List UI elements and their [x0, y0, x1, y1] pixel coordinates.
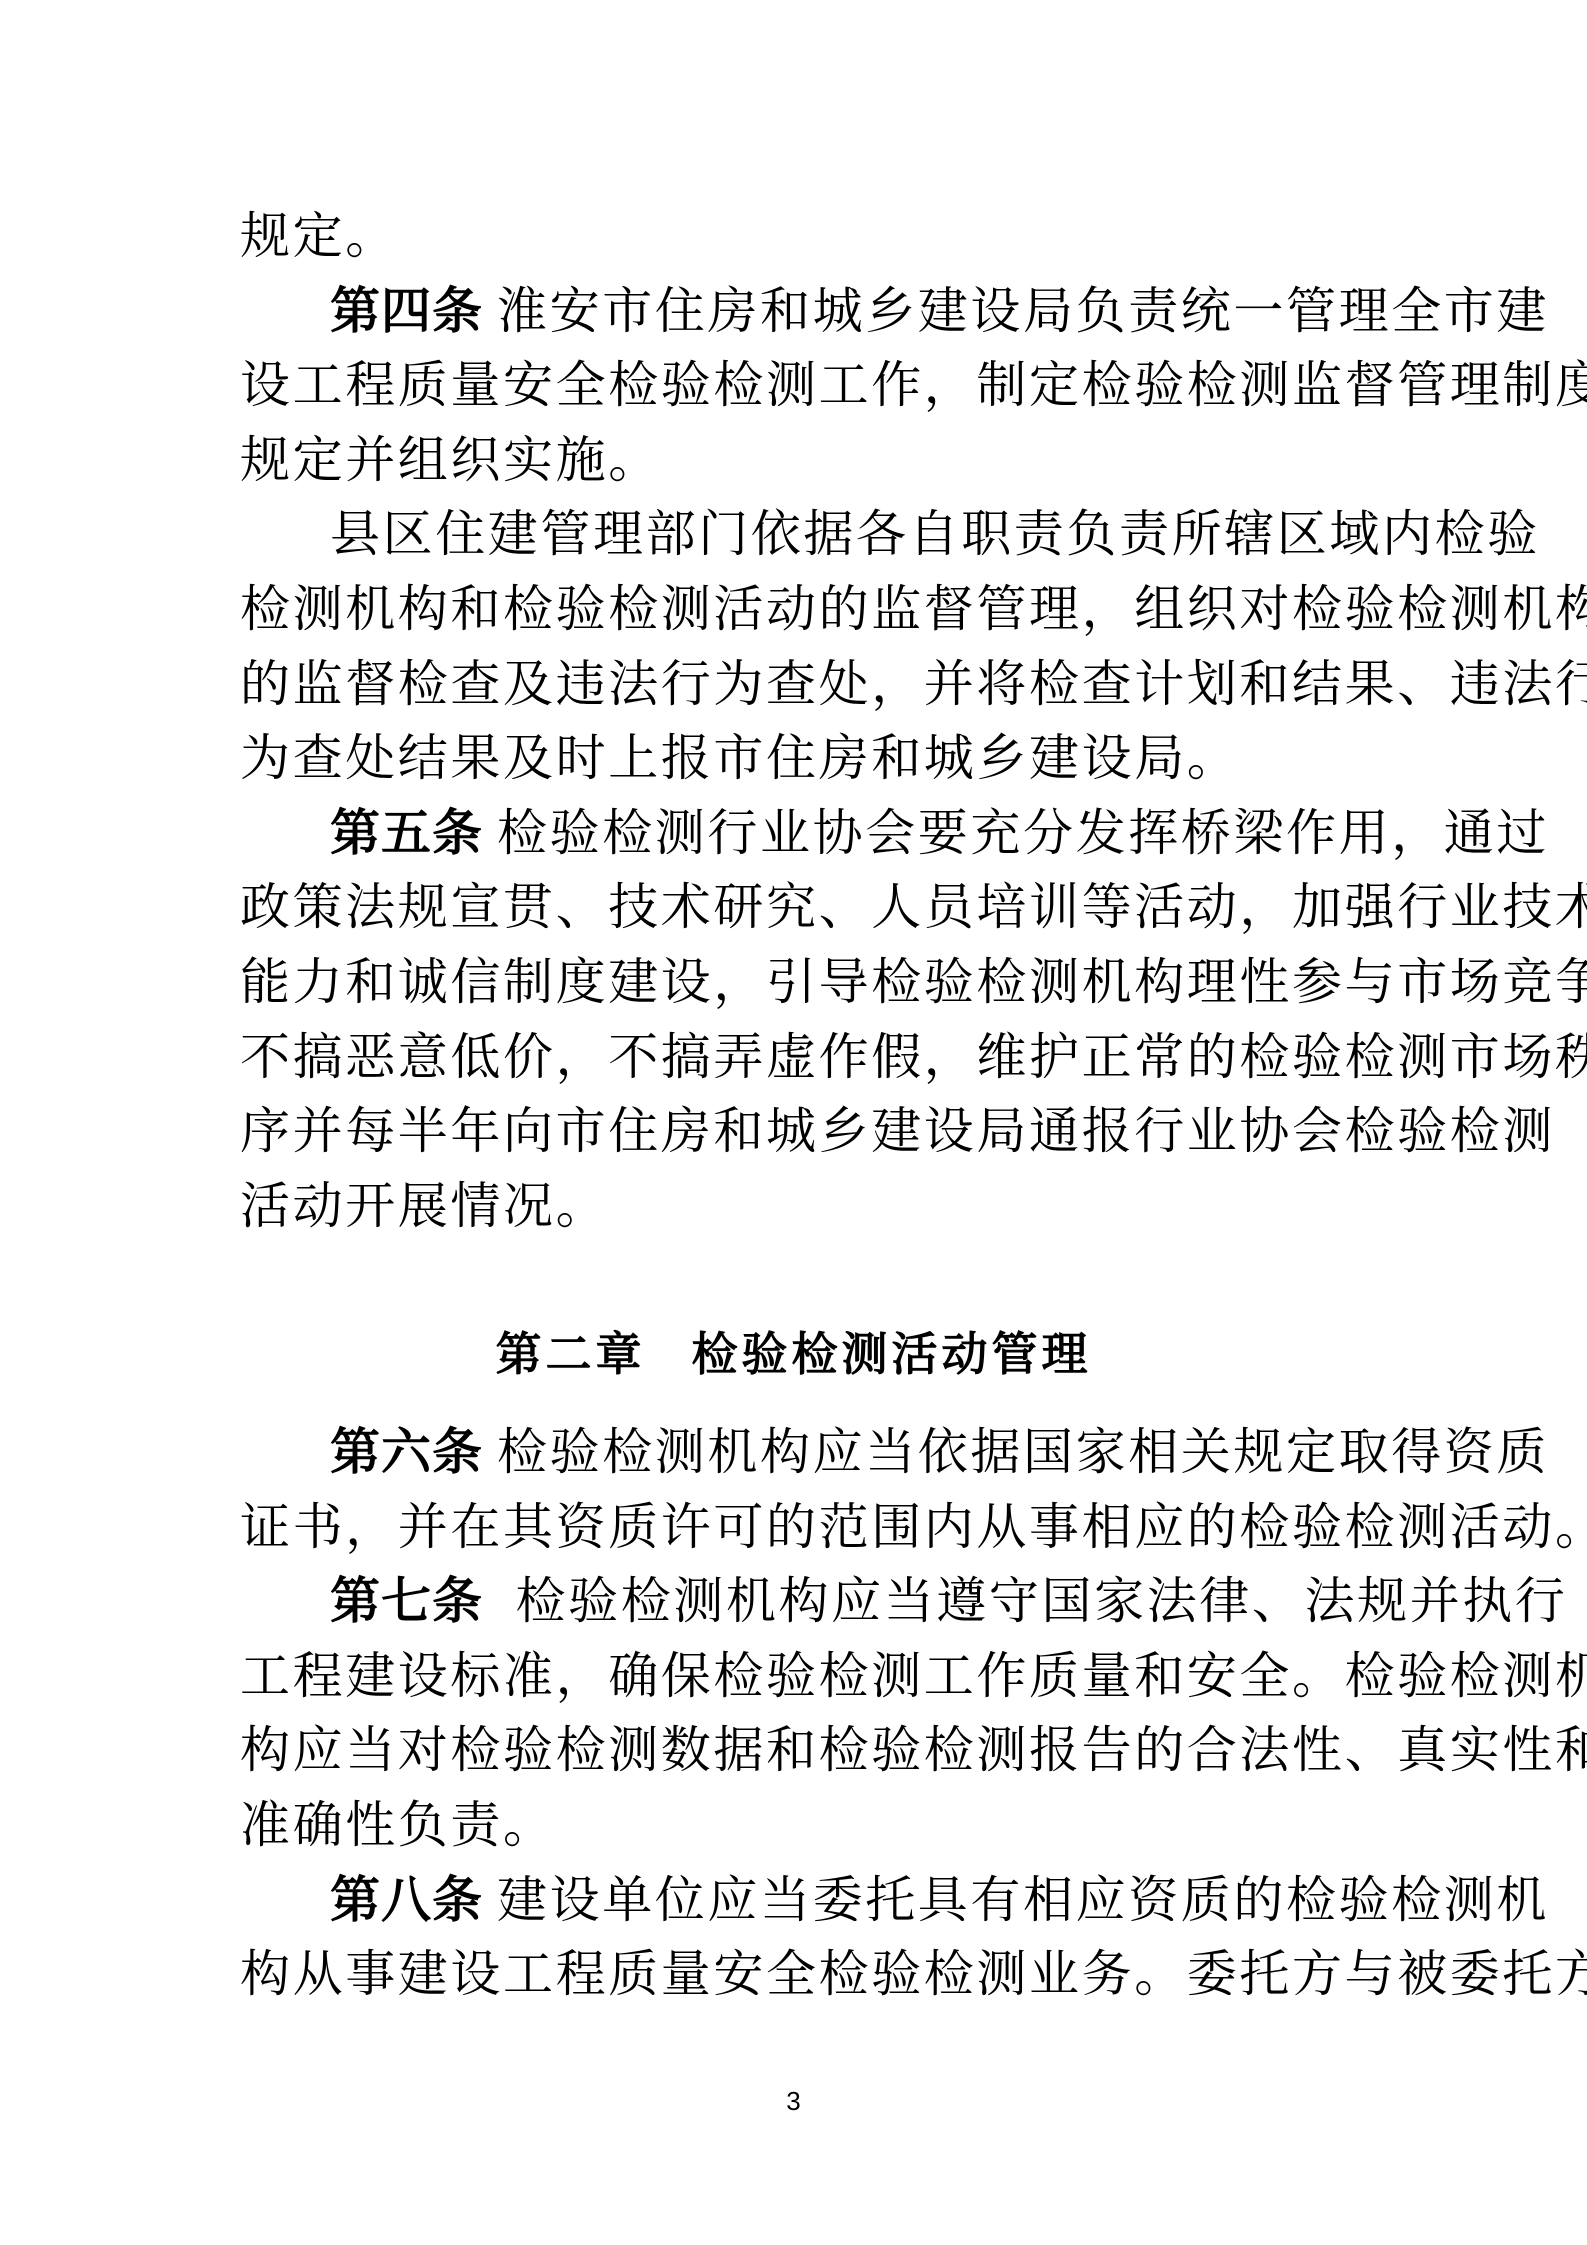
text-line: 政策法规宣贯、技术研究、人员培训等活动，加强行业技术 — [240, 870, 1587, 944]
line-text: 检验检测机构应当遵守国家法律、法规并执行 — [497, 1572, 1568, 1630]
article-4-line: 第四条淮安市住房和城乡建设局负责统一管理全市建 — [330, 274, 1549, 348]
article-label: 第八条 — [330, 1870, 483, 1929]
text-line: 不搞恶意低价，不搞弄虚作假，维护正常的检验检测市场秩 — [240, 1020, 1587, 1094]
chapter-heading: 第二章检验检测活动管理 — [0, 1319, 1587, 1389]
text-line: 的监督检查及违法行为查处，并将检查计划和结果、违法行 — [240, 647, 1587, 721]
text-line: 规定。 — [240, 199, 398, 273]
text-line: 设工程质量安全检验检测工作，制定检验检测监督管理制度、 — [240, 348, 1587, 422]
article-label: 第七条 — [330, 1571, 483, 1630]
line-text: 工程建设标准，确保检验检测工作质量和安全。检验检测机 — [240, 1647, 1587, 1705]
line-text: 建设单位应当委托具有相应资质的检验检测机 — [497, 1871, 1549, 1929]
text-line: 准确性负责。 — [240, 1788, 556, 1862]
text-line: 活动开展情况。 — [240, 1169, 608, 1243]
line-text: 设工程质量安全检验检测工作，制定检验检测监督管理制度、 — [240, 356, 1587, 414]
line-text: 检验检测机构应当依据国家相关规定取得资质 — [497, 1423, 1549, 1481]
line-text: 证书，并在其资质许可的范围内从事相应的检验检测活动。 — [240, 1498, 1587, 1556]
chapter-title: 检验检测活动管理 — [692, 1327, 1092, 1381]
article-7-line: 第七条 检验检测机构应当遵守国家法律、法规并执行 — [330, 1564, 1568, 1638]
article-8-line: 第八条建设单位应当委托具有相应资质的检验检测机 — [330, 1863, 1549, 1937]
line-text: 构应当对检验检测数据和检验检测报告的合法性、真实性和 — [240, 1721, 1587, 1779]
paragraph-first-line: 县区住建管理部门依据各自职责负责所辖区域内检验 — [330, 497, 1540, 571]
text-line: 规定并组织实施。 — [240, 423, 661, 497]
article-6-line: 第六条检验检测机构应当依据国家相关规定取得资质 — [330, 1415, 1549, 1489]
text-line: 构从事建设工程质量安全检验检测业务。委托方与被委托方 — [240, 1937, 1587, 2011]
line-text: 活动开展情况。 — [240, 1177, 608, 1235]
line-text: 检验检测行业协会要充分发挥桥梁作用，通过 — [497, 804, 1549, 862]
chapter-number: 第二章 — [496, 1327, 646, 1381]
line-text: 为查处结果及时上报市住房和城乡建设局。 — [240, 729, 1239, 787]
page-number: 3 — [0, 2086, 1587, 2116]
line-text: 构从事建设工程质量安全检验检测业务。委托方与被委托方 — [240, 1945, 1587, 2003]
line-text: 检测机构和检验检测活动的监督管理，组织对检验检测机构 — [240, 580, 1587, 638]
line-text: 规定。 — [240, 207, 398, 265]
text-line: 为查处结果及时上报市住房和城乡建设局。 — [240, 721, 1239, 795]
line-text: 序并每半年向市住房和城乡建设局通报行业协会检验检测 — [240, 1102, 1555, 1160]
line-text: 准确性负责。 — [240, 1796, 556, 1854]
line-text: 县区住建管理部门依据各自职责负责所辖区域内检验 — [330, 505, 1540, 563]
line-text: 规定并组织实施。 — [240, 431, 661, 489]
text-line: 序并每半年向市住房和城乡建设局通报行业协会检验检测 — [240, 1094, 1555, 1168]
article-label: 第五条 — [330, 803, 483, 862]
text-line: 工程建设标准，确保检验检测工作质量和安全。检验检测机 — [240, 1639, 1587, 1713]
article-5-line: 第五条检验检测行业协会要充分发挥桥梁作用，通过 — [330, 796, 1549, 870]
line-text: 不搞恶意低价，不搞弄虚作假，维护正常的检验检测市场秩 — [240, 1028, 1587, 1086]
text-line: 证书，并在其资质许可的范围内从事相应的检验检测活动。 — [240, 1490, 1587, 1564]
line-text: 淮安市住房和城乡建设局负责统一管理全市建 — [497, 282, 1549, 340]
text-line: 能力和诚信制度建设，引导检验检测机构理性参与市场竞争， — [240, 945, 1587, 1019]
text-line: 检测机构和检验检测活动的监督管理，组织对检验检测机构 — [240, 572, 1587, 646]
article-label: 第四条 — [330, 281, 483, 340]
text-line: 构应当对检验检测数据和检验检测报告的合法性、真实性和 — [240, 1713, 1587, 1787]
line-text: 能力和诚信制度建设，引导检验检测机构理性参与市场竞争， — [240, 953, 1587, 1011]
article-label: 第六条 — [330, 1422, 483, 1481]
line-text: 的监督检查及违法行为查处，并将检查计划和结果、违法行 — [240, 655, 1587, 713]
line-text: 政策法规宣贯、技术研究、人员培训等活动，加强行业技术 — [240, 878, 1587, 936]
document-page: 规定。 第四条淮安市住房和城乡建设局负责统一管理全市建 设工程质量安全检验检测工… — [0, 0, 1587, 2245]
